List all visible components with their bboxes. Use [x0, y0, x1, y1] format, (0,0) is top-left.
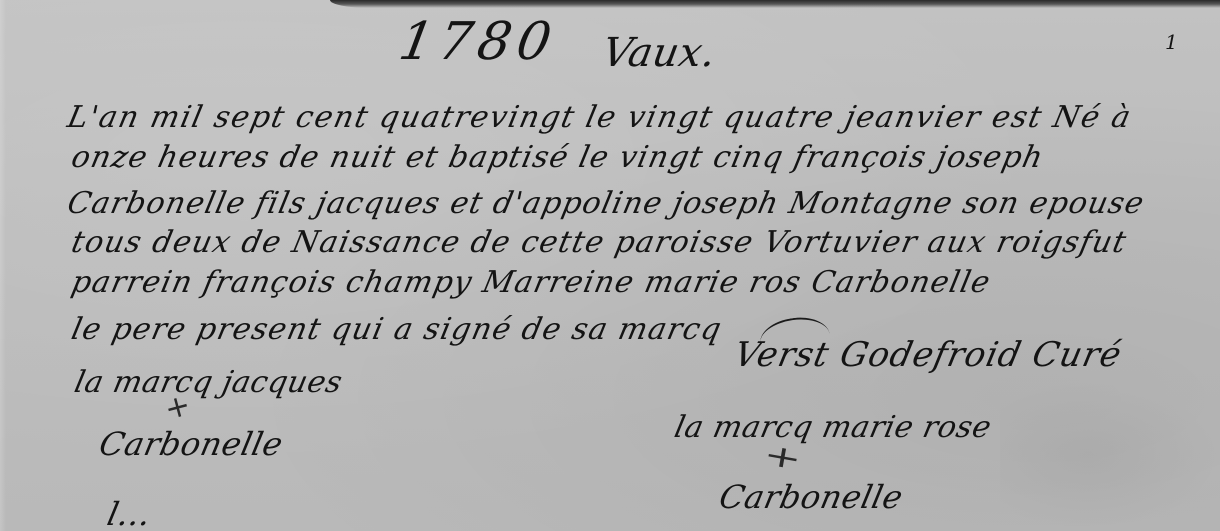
godmother-signature-line-2: Carbonelle [716, 478, 907, 516]
father-signature-line-3: l... [104, 495, 155, 531]
father-signature-line-1: la marcq jacques [71, 365, 345, 400]
faint-stamp-bleedthrough [1000, 380, 1220, 530]
register-page: 1780 Vaux. 1 L'an mil sept cent quatrevi… [0, 0, 1220, 531]
register-place: Vaux. [599, 30, 720, 76]
godmother-cross-mark: + [761, 437, 804, 478]
page-top-edge-shadow [330, 0, 1220, 8]
folio-number: 1 [1165, 30, 1178, 54]
entry-line-2: onze heures de nuit et baptisé le vingt … [68, 140, 1047, 175]
entry-line-5: parrein françois champy Marreine marie r… [68, 265, 994, 300]
register-year: 1780 [395, 12, 562, 72]
entry-line-1: L'an mil sept cent quatrevingt le vingt … [64, 100, 1135, 135]
page-left-edge [0, 0, 6, 531]
entry-line-6: le pere present qui a signé de sa marcq [68, 312, 725, 347]
entry-line-3: Carbonelle fils jacques et d'appoline jo… [64, 186, 1147, 221]
priest-signature: Verst Godefroid Curé [731, 335, 1126, 375]
godmother-signature-line-1: la marcq marie rose [671, 410, 994, 445]
entry-line-4: tous deux de Naissance de cette paroisse… [68, 225, 1130, 260]
father-signature-line-2: Carbonelle [96, 425, 287, 463]
